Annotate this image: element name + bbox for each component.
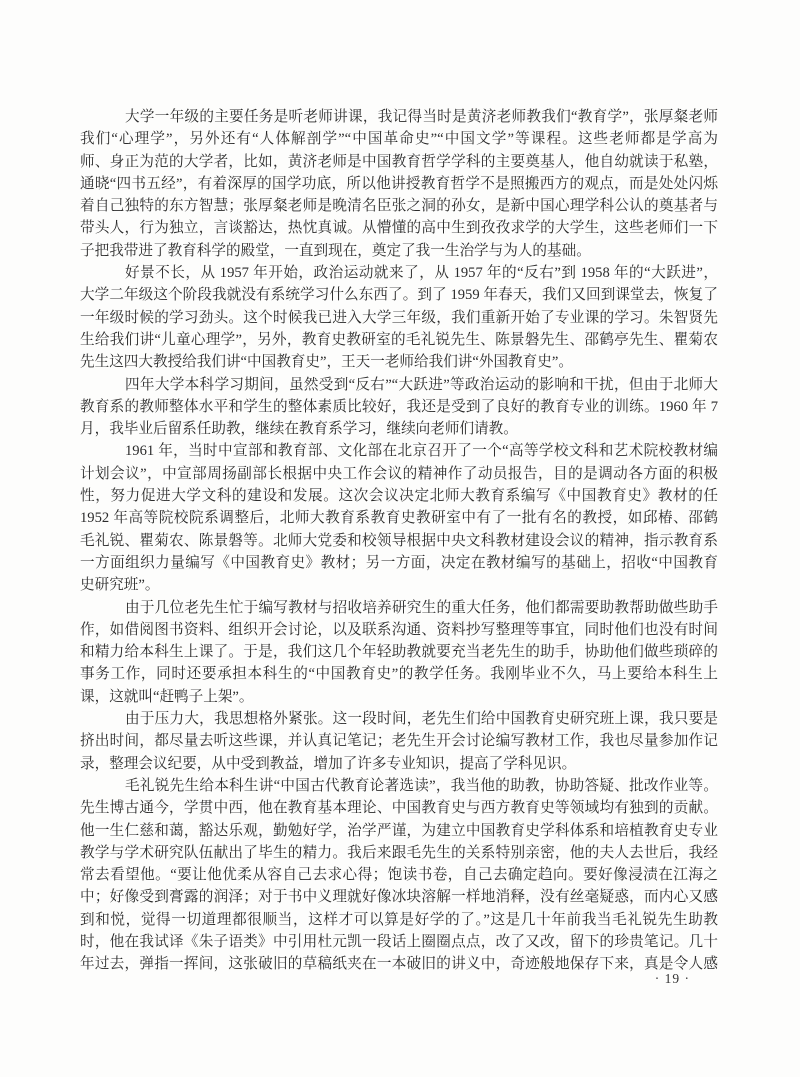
text-line: 计划会议”，中宣部周扬副部长根据中央工作会议的精神作了动员报告，目的是调动各方面… [80, 463, 718, 485]
text-line: 性，努力促进大学文科的建设和发展。这次会议决定北师大教育系编写《中国教育史》教材… [80, 485, 718, 507]
text-line: 由于几位老先生忙于编写教材与招收培养研究生的重大任务，他们都需要助教帮助做些助手… [80, 597, 718, 619]
text-line: 好景不长，从 1957 年开始，政治运动就来了，从 1957 年的“反右”到 1… [80, 262, 718, 284]
document-page: 大学一年级的主要任务是听老师讲课，我记得当时是黄济老师教我们“教育学”，张厚粲老… [0, 0, 800, 1077]
text-line: 月，我毕业后留系任助教，继续在教育系学习，继续向老师们请教。 [80, 418, 718, 440]
text-line: 大学二年级这个阶段我就没有系统学习什么东西了。到了 1959 年春天，我们又回到… [80, 284, 718, 306]
text-line: 教育系的教师整体水平和学生的整体素质比较好，我还是受到了良好的教育专业的训练。1… [80, 396, 718, 418]
text-line: 一年级时候的学习劲头。这个时候我已进入大学三年级，我们重新开始了专业课的学习。朱… [80, 307, 718, 329]
text-line: 毛礼锐先生给本科生讲“中国古代教育论著选读”，我当他的助教，协助答疑、批改作业等… [80, 775, 718, 797]
text-line: 先生这四大教授给我们讲“中国教育史”，王天一老师给我们讲“外国教育史”。 [80, 351, 718, 373]
text-line: 通晓“四书五经”，有着深厚的国学功底，所以他讲授教育哲学不是照搬西方的观点，而是… [80, 173, 718, 195]
text-line: 中；好像受到膏露的润泽；对于书中义理就好像冰块溶解一样地消释，没有丝毫疑惑，而内… [80, 886, 718, 908]
text-line: 1952 年高等院校院系调整后，北师大教育系教育史教研室中有了一批有名的教授，如… [80, 507, 718, 529]
text-line: 事务工作，同时还要承担本科生的“中国教育史”的教学任务。我刚毕业不久，马上要给本… [80, 663, 718, 685]
text-line: 作，如借阅图书资料、组织开会讨论，以及联系沟通、资料抄写整理等事宜，同时他们也没… [80, 619, 718, 641]
text-line: 一方面组织力量编写《中国教育史》教材；另一方面，决定在教材编写的基础上，招收“中… [80, 552, 718, 574]
text-line: 四年大学本科学习期间，虽然受到“反右”“大跃进”等政治运动的影响和干扰，但由于北… [80, 374, 718, 396]
text-line: 常去看望他。“要让他优柔从容自己去求心得；饱读书卷，自己去确定趋向。要好像浸渍在… [80, 864, 718, 886]
body-text: 大学一年级的主要任务是听老师讲课，我记得当时是黄济老师教我们“教育学”，张厚粲老… [80, 106, 718, 976]
text-line: 带头人，行为独立，言谈豁达，热忱真诚。从懵懂的高中生到孜孜求学的大学生，这些老师… [80, 217, 718, 239]
text-line: 到和悦，觉得一切道理都很顺当，这样才可以算是好学的了。”这是几十年前我当毛礼锐先… [80, 909, 718, 931]
text-line: 着自己独特的东方智慧；张厚粲老师是晚清名臣张之洞的孙女，是新中国心理学科公认的奠… [80, 195, 718, 217]
text-line: 课，这就叫“赶鸭子上架”。 [80, 686, 718, 708]
text-line: 他一生仁慈和蔼，豁达乐观，勤勉好学，治学严谨，为建立中国教育史学科体系和培植教育… [80, 820, 718, 842]
text-line: 录，整理会议纪要，从中受到教益，增加了许多专业知识，提高了学科见识。 [80, 753, 718, 775]
text-line: 挤出时间，都尽量去听这些课，并认真记笔记；老先生开会讨论编写教材工作，我也尽量参… [80, 730, 718, 752]
page-number: · 19 · [655, 970, 690, 988]
text-line: 子把我带进了教育科学的殿堂，一直到现在，奠定了我一生治学与为人的基础。 [80, 240, 718, 262]
text-line: 生给我们讲“儿童心理学”，另外，教育史教研室的毛礼锐先生、陈景磐先生、邵鹤亭先生… [80, 329, 718, 351]
text-line: 大学一年级的主要任务是听老师讲课，我记得当时是黄济老师教我们“教育学”，张厚粲老… [80, 106, 718, 128]
text-line: 由于压力大，我思想格外紧张。这一段时间，老先生们给中国教育史研究班上课，我只要是… [80, 708, 718, 730]
text-line: 毛礼锐、瞿菊农、陈景磐等。北师大党委和校领导根据中央文科教材建设会议的精神，指示… [80, 530, 718, 552]
text-line: 年过去，弹指一挥间，这张破旧的草稿纸夹在一本破旧的讲义中，奇迹般地保存下来，真是… [80, 953, 718, 975]
text-line: 我们“心理学”，另外还有“人体解剖学”“中国革命史”“中国文学”等课程。这些老师… [80, 128, 718, 150]
text-line: 1961 年，当时中宣部和教育部、文化部在北京召开了一个“高等学校文科和艺术院校… [80, 440, 718, 462]
text-line: 和精力给本科生上课了。于是，我们这几个年轻助教就要充当老先生的助手，协助他们做些… [80, 641, 718, 663]
text-line: 史研究班”。 [80, 574, 718, 596]
text-line: 师、身正为范的大学者，比如，黄济老师是中国教育哲学学科的主要奠基人，他自幼就读于… [80, 151, 718, 173]
text-line: 教学与学术研究队伍献出了毕生的精力。我后来跟毛先生的关系特别亲密，他的夫人去世后… [80, 842, 718, 864]
text-line: 先生博古通今，学贯中西，他在教育基本理论、中国教育史与西方教育史等领域均有独到的… [80, 797, 718, 819]
text-line: 时，他在我试译《朱子语类》中引用杜元凯一段话上圈圈点点，改了又改，留下的珍贵笔记… [80, 931, 718, 953]
